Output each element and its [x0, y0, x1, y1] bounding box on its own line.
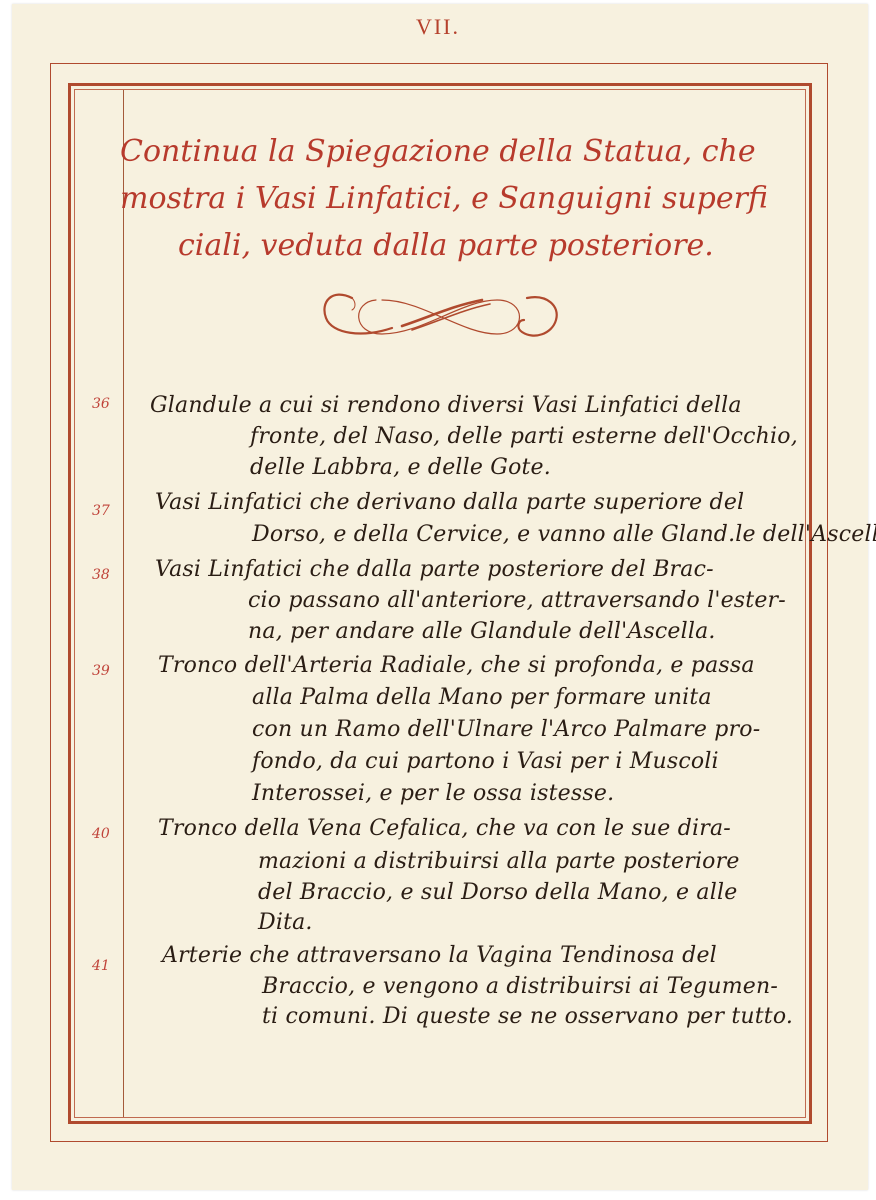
- page-title: Continua la Spiegazione della Statua, ch…: [120, 128, 800, 269]
- entry-number: 38: [92, 567, 128, 583]
- title-line-3: ciali, veduta dalla parte posteriore.: [120, 222, 800, 269]
- entry-line: Glandule a cui si rendono diversi Vasi L…: [150, 393, 742, 418]
- entry-line: Interossei, e per le ossa istesse.: [252, 781, 614, 806]
- entry-line: Dorso, e della Cervice, e vanno alle Gla…: [252, 522, 876, 547]
- entry-line: Tronco dell'Arteria Radiale, che si prof…: [158, 653, 755, 678]
- entry-line: na, per andare alle Glandule dell'Ascell…: [248, 619, 716, 644]
- entry-line: con un Ramo dell'Ulnare l'Arco Palmare p…: [252, 717, 760, 742]
- entry-number: 41: [92, 958, 128, 974]
- entry-number: 39: [92, 663, 128, 679]
- entry-line: fondo, da cui partono i Vasi per i Musco…: [252, 749, 719, 774]
- entry-line: fronte, del Naso, delle parti esterne de…: [250, 424, 798, 449]
- title-line-1: Continua la Spiegazione della Statua, ch…: [120, 128, 800, 175]
- entry-line: alla Palma della Mano per formare unita: [252, 685, 712, 710]
- entry-line: delle Labbra, e delle Gote.: [250, 455, 551, 480]
- entry-line: Vasi Linfatici che dalla parte posterior…: [155, 557, 714, 582]
- calligraphic-flourish-ornament: [312, 280, 572, 350]
- entry-line: mazioni a distribuirsi alla parte poster…: [258, 849, 740, 874]
- entry-line: Dita.: [258, 910, 313, 935]
- entry-line: ti comuni. Di queste se ne osservano per…: [262, 1004, 793, 1029]
- entry-line: del Braccio, e sul Dorso della Mano, e a…: [258, 880, 737, 905]
- title-line-2: mostra i Vasi Linfatici, e Sanguigni sup…: [120, 175, 800, 222]
- entry-number: 37: [92, 503, 128, 519]
- entry-number: 36: [92, 396, 128, 412]
- entry-line: cio passano all'anteriore, attraversando…: [248, 588, 786, 613]
- entry-number: 40: [92, 826, 128, 842]
- page-number: VII.: [0, 14, 876, 40]
- entry-line: Vasi Linfatici che derivano dalla parte …: [155, 490, 744, 515]
- entry-line: Arterie che attraversano la Vagina Tendi…: [162, 943, 717, 968]
- entry-line: Tronco della Vena Cefalica, che va con l…: [158, 816, 731, 841]
- entry-line: Braccio, e vengono a distribuirsi ai Teg…: [262, 974, 778, 999]
